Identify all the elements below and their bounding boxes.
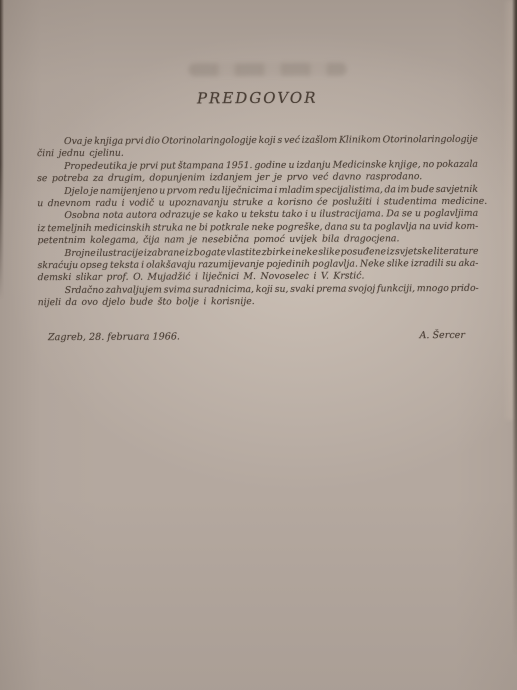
page-sheet: PREDGOVOR OvajeknjigaprvidioOtorinolarin…: [0, 0, 517, 690]
author-signature: A. Šercer: [419, 329, 465, 342]
show-through-smudge: [189, 63, 347, 77]
text-line: OvajeknjigaprvidioOtorinolaringologijeko…: [64, 134, 478, 149]
book-page-photo: PREDGOVOR OvajeknjigaprvidioOtorinolarin…: [0, 0, 517, 690]
text-line: nijeli da ovo djelo bude što bolje i kor…: [38, 295, 479, 310]
place-date: Zagreb, 28. februara 1966.: [48, 330, 180, 344]
preface-text-block: OvajeknjigaprvidioOtorinolaringologijeko…: [37, 134, 479, 310]
page-title: PREDGOVOR: [37, 88, 478, 108]
date-signature-row: Zagreb, 28. februara 1966. A. Šercer: [38, 329, 479, 344]
text-line: Srdačnozahvaljujemsvimasuradnicima,kojis…: [65, 283, 479, 298]
